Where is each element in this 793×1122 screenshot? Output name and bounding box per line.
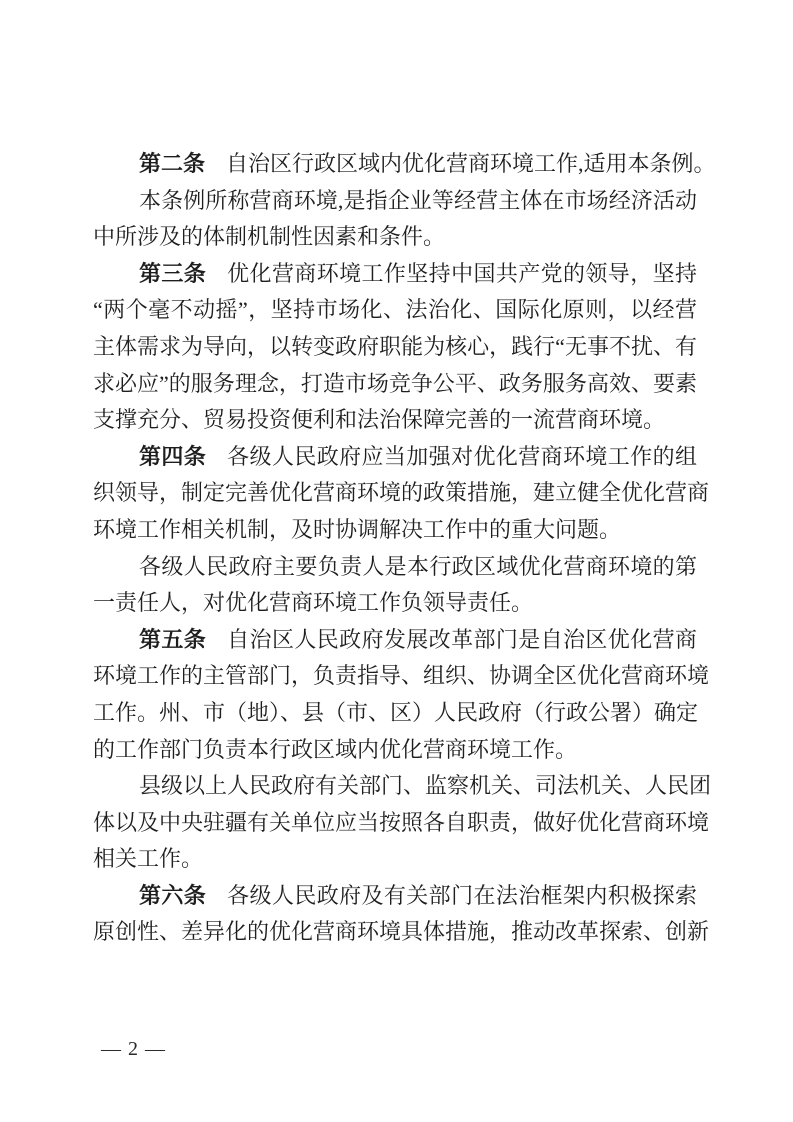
text-line: 主体需求为导向，以转变政府职能为核心，践行“无事不扰、有 <box>93 329 697 366</box>
text-line: 各级人民政府主要负责人是本行政区域优化营商环境的第 <box>93 549 697 586</box>
text-line: 环境工作的主管部门，负责指导、组织、协调全区优化营商环境 <box>93 658 697 695</box>
article-number: 第五条 <box>139 627 206 652</box>
text-line: 支撑充分、贸易投资便利和法治保障完善的一流营商环境。 <box>93 402 697 439</box>
line-text: 优化营商环境工作坚持中国共产党的领导，坚持 <box>227 261 697 286</box>
line-text: 各级人民政府主要负责人是本行政区域优化营商环境的第 <box>139 554 697 579</box>
line-text: 主体需求为导向，以转变政府职能为核心，践行“无事不扰、有 <box>93 334 697 359</box>
line-text: 县级以上人民政府有关部门、监察机关、司法机关、人民团 <box>139 773 711 798</box>
line-text: 原创性、差异化的优化营商环境具体措施，推动改革探索、创新 <box>93 919 709 944</box>
text-line: 本条例所称营商环境,是指企业等经营主体在市场经济活动 <box>93 183 697 220</box>
line-text: 体以及中央驻疆有关单位应当按照各自职责，做好优化营商环境 <box>93 810 709 835</box>
line-text: 相关工作。 <box>93 846 203 871</box>
article-number: 第三条 <box>139 261 206 286</box>
line-text: 各级人民政府及有关部门在法治框架内积极探索 <box>227 883 697 908</box>
line-text: 工作。州、市（地）、县（市、区）人民政府（行政公署）确定 <box>93 700 698 725</box>
text-line: 第六条各级人民政府及有关部门在法治框架内积极探索 <box>93 878 697 915</box>
document-page: 第二条自治区行政区域内优化营商环境工作,适用本条例。本条例所称营商环境,是指企业… <box>0 0 793 1122</box>
text-line: 的工作部门负责本行政区域内优化营商环境工作。 <box>93 732 697 769</box>
text-line: 第三条优化营商环境工作坚持中国共产党的领导，坚持 <box>93 256 697 293</box>
line-text: 自治区人民政府发展改革部门是自治区优化营商 <box>227 627 697 652</box>
text-line: 体以及中央驻疆有关单位应当按照各自职责，做好优化营商环境 <box>93 805 697 842</box>
text-line: 环境工作相关机制，及时协调解决工作中的重大问题。 <box>93 512 697 549</box>
text-line: 工作。州、市（地）、县（市、区）人民政府（行政公署）确定 <box>93 695 697 732</box>
line-text: 中所涉及的体制机制性因素和条件。 <box>93 224 445 249</box>
line-text: 环境工作的主管部门，负责指导、组织、协调全区优化营商环境 <box>93 663 709 688</box>
text-line: 第二条自治区行政区域内优化营商环境工作,适用本条例。 <box>93 146 697 183</box>
line-text: 一责任人，对优化营商环境工作负领导责任。 <box>93 590 533 615</box>
text-line: 第四条各级人民政府应当加强对优化营商环境工作的组 <box>93 439 697 476</box>
line-text: 的工作部门负责本行政区域内优化营商环境工作。 <box>93 737 577 762</box>
text-line: 县级以上人民政府有关部门、监察机关、司法机关、人民团 <box>93 768 697 805</box>
text-line: 织领导，制定完善优化营商环境的政策措施，建立健全优化营商 <box>93 475 697 512</box>
text-line: 中所涉及的体制机制性因素和条件。 <box>93 219 697 256</box>
line-text: “两个毫不动摇”，坚持市场化、法治化、国际化原则，以经营 <box>93 297 697 322</box>
document-body: 第二条自治区行政区域内优化营商环境工作,适用本条例。本条例所称营商环境,是指企业… <box>93 146 697 951</box>
text-line: 求必应”的服务理念，打造市场竞争公平、政务服务高效、要素 <box>93 366 697 403</box>
line-text: 自治区行政区域内优化营商环境工作,适用本条例。 <box>226 151 716 176</box>
text-line: 第五条自治区人民政府发展改革部门是自治区优化营商 <box>93 622 697 659</box>
text-line: 原创性、差异化的优化营商环境具体措施，推动改革探索、创新 <box>93 914 697 951</box>
page-number: — 2 — <box>101 1037 166 1061</box>
line-text: 本条例所称营商环境,是指企业等经营主体在市场经济活动 <box>139 188 697 213</box>
line-text: 织领导，制定完善优化营商环境的政策措施，建立健全优化营商 <box>93 480 709 505</box>
text-line: “两个毫不动摇”，坚持市场化、法治化、国际化原则，以经营 <box>93 292 697 329</box>
line-text: 支撑充分、贸易投资便利和法治保障完善的一流营商环境。 <box>93 407 665 432</box>
text-line: 相关工作。 <box>93 841 697 878</box>
line-text: 求必应”的服务理念，打造市场竞争公平、政务服务高效、要素 <box>93 371 697 396</box>
line-text: 环境工作相关机制，及时协调解决工作中的重大问题。 <box>93 517 621 542</box>
article-number: 第四条 <box>139 444 206 469</box>
article-number: 第二条 <box>139 151 205 176</box>
text-line: 一责任人，对优化营商环境工作负领导责任。 <box>93 585 697 622</box>
article-number: 第六条 <box>139 883 206 908</box>
line-text: 各级人民政府应当加强对优化营商环境工作的组 <box>227 444 697 469</box>
